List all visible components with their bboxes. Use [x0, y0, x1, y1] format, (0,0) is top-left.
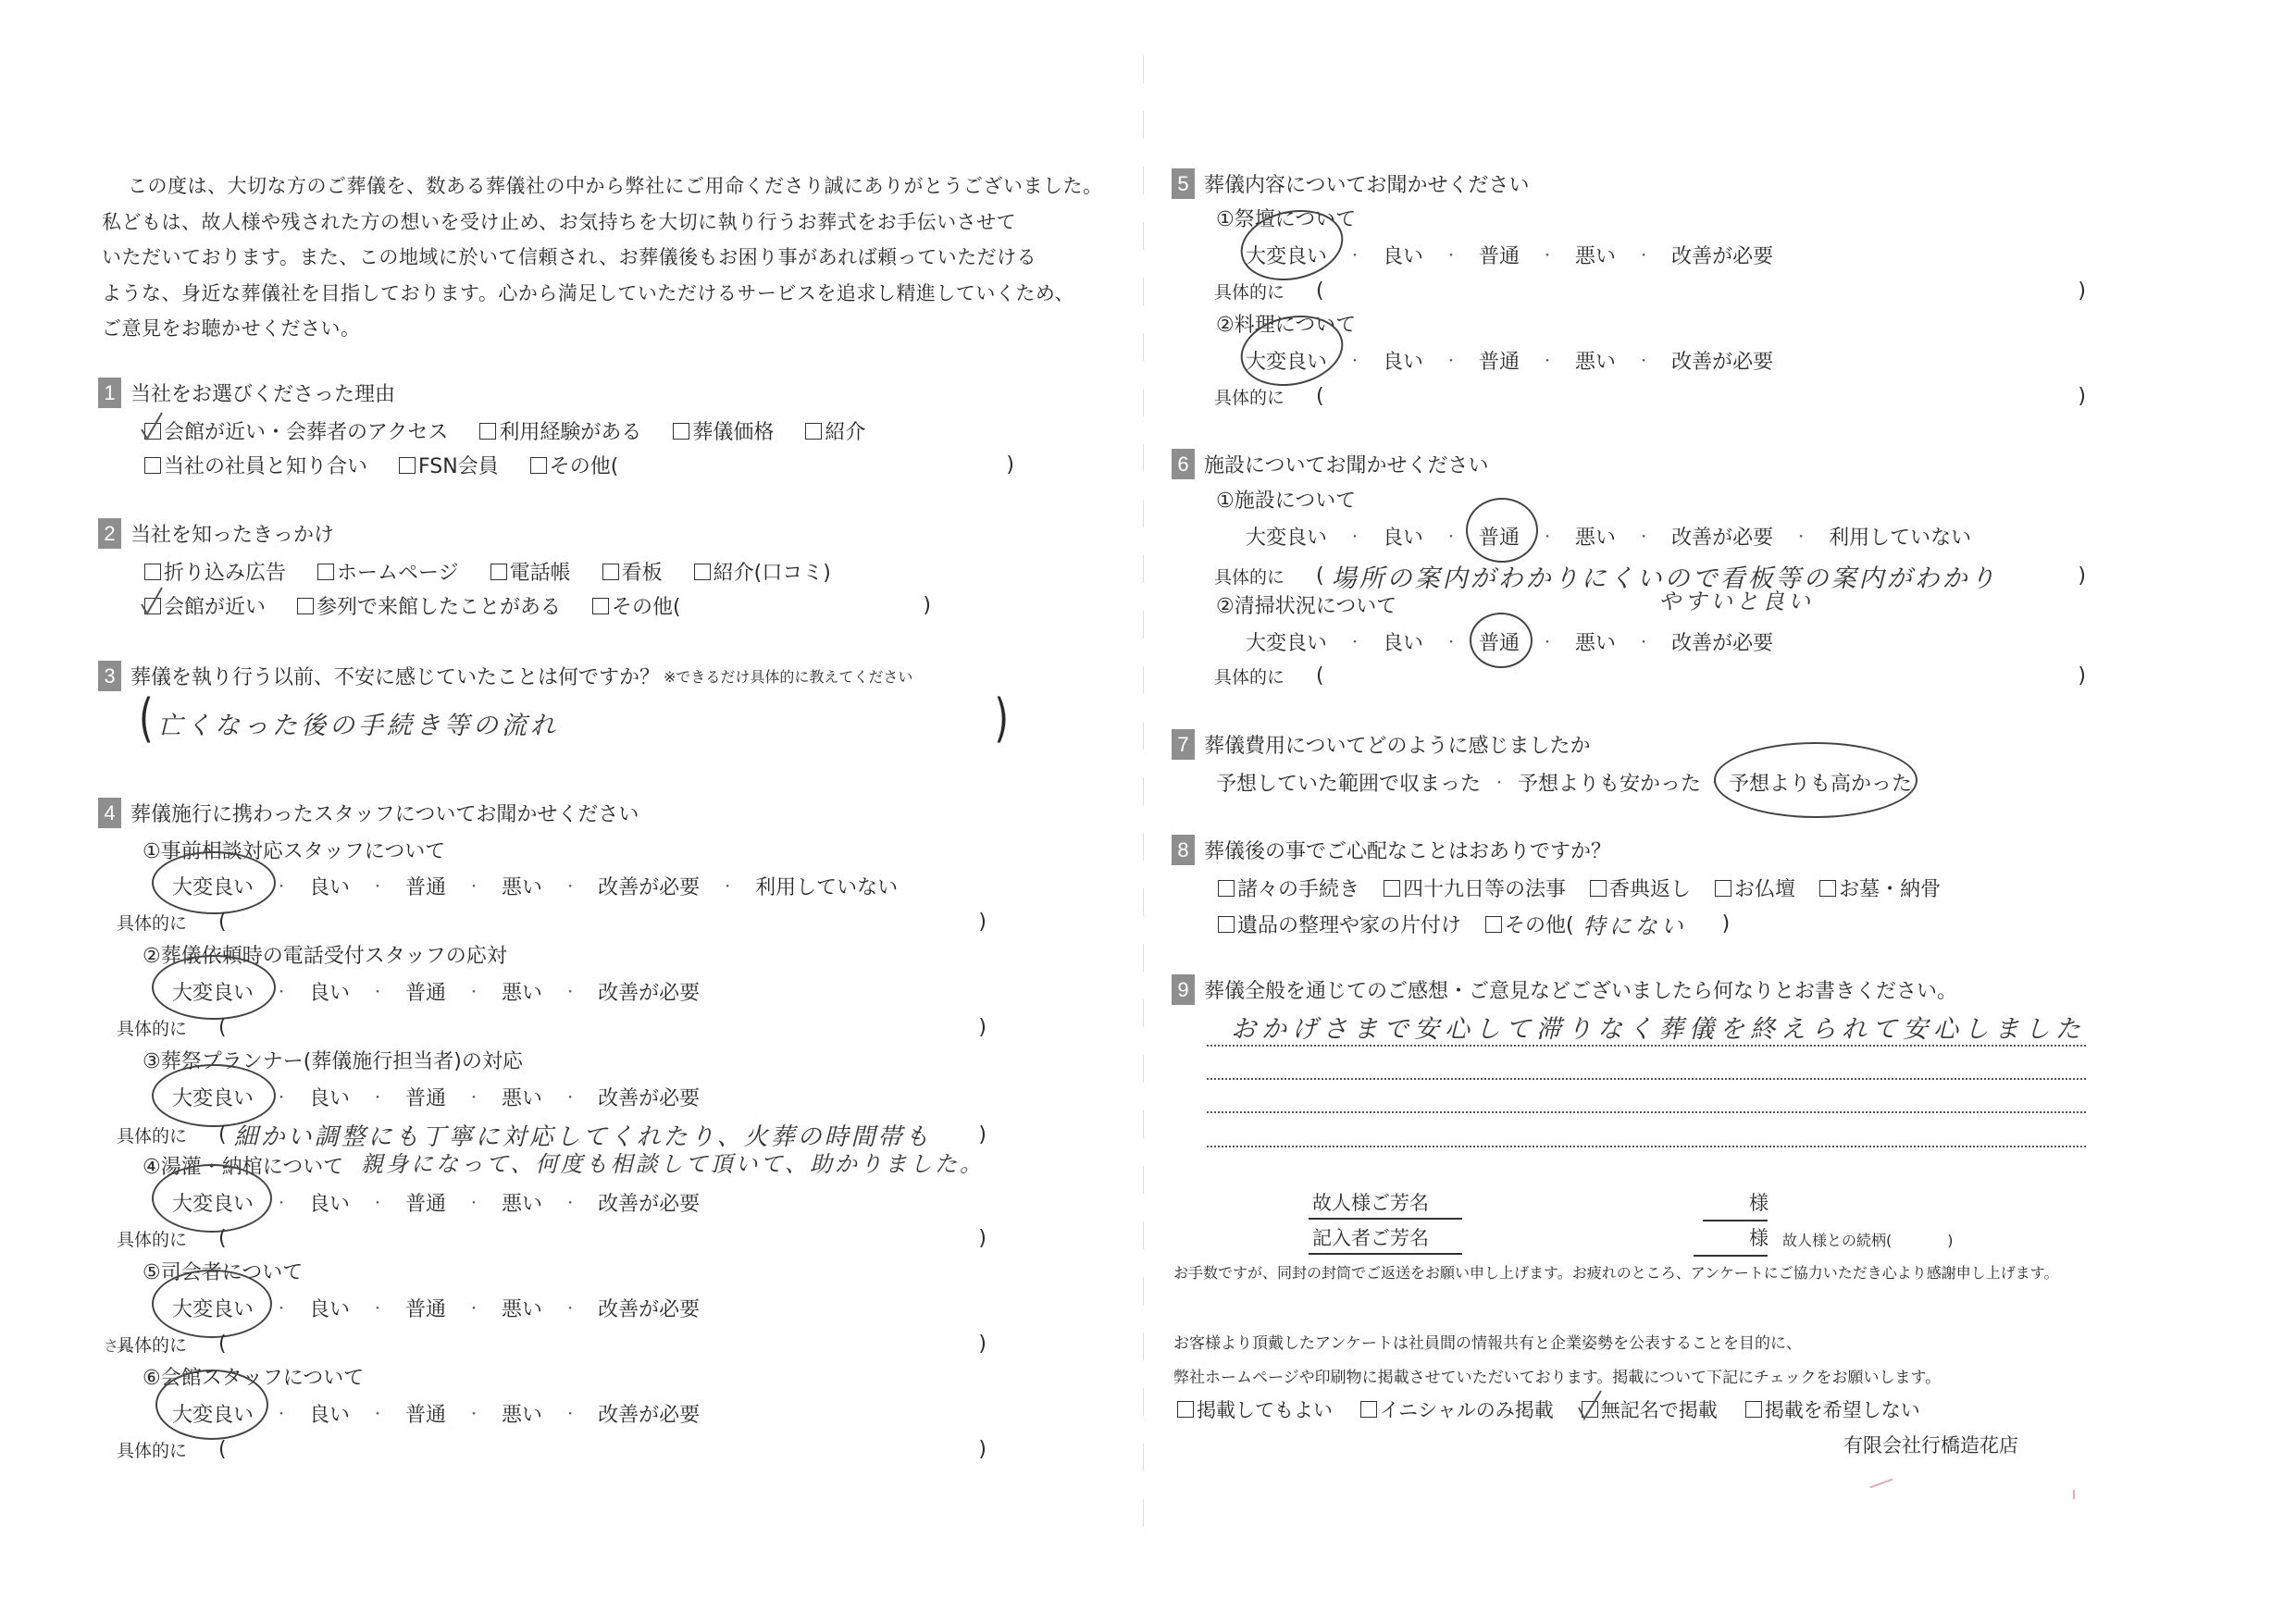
checkbox[interactable]: [1360, 1401, 1377, 1418]
rating-option-excellent[interactable]: 大変良い: [172, 1399, 254, 1428]
checkmark-icon: [140, 586, 166, 617]
q4-item-3-rating: 大変良い ・ 良い ・ 普通 ・ 悪い ・ 改善が必要: [172, 1083, 700, 1111]
q2-option-flyer[interactable]: 折り込み広告: [144, 557, 286, 586]
right-page: 5 葬儀内容についてお聞かせください ①祭壇について 大変良い ・ 良い ・ 普…: [1148, 0, 2296, 1624]
rating-option-excellent[interactable]: 大変良い: [172, 872, 254, 900]
rating-option-needs-improvement[interactable]: 改善が必要: [598, 977, 700, 1006]
q1-heading: 1 当社をお選びくださった理由: [98, 378, 395, 408]
q4-item-5-label: ⑤司会者について: [143, 1257, 303, 1285]
q8-option-other[interactable]: その他(: [1485, 910, 1574, 938]
rating-option-needs-improvement[interactable]: 改善が必要: [598, 1188, 700, 1217]
publish-option-ok[interactable]: 掲載してもよい: [1177, 1395, 1333, 1423]
rating-option-average[interactable]: 普通: [405, 977, 446, 1006]
rating-option-good[interactable]: 良い: [309, 977, 350, 1006]
q8-options-row1: 諸々の手続き 四十九日等の法事 香典返し お仏壇 お墓・納骨: [1218, 874, 1972, 902]
close-paren: ): [923, 594, 931, 617]
checkbox[interactable]: [602, 564, 619, 580]
q5-item-1-rating: 大変良い ・ 良い ・ 普通 ・ 悪い ・ 改善が必要: [1246, 241, 1773, 269]
q1-option-experience[interactable]: 利用経験がある: [479, 416, 641, 445]
rating-option-poor[interactable]: 悪い: [502, 1399, 542, 1428]
q5-item-1-detail[interactable]: 具体的に(): [1214, 279, 2086, 304]
q5-title: 葬儀内容についてお聞かせください: [1204, 169, 1530, 198]
rating-option-poor[interactable]: 悪い: [1575, 522, 1616, 551]
q4-item-1-label: ①事前相談対応スタッフについて: [143, 836, 445, 864]
q6-item-1-label: ①施設について: [1216, 485, 1356, 514]
checkbox[interactable]: [1177, 1401, 1194, 1418]
q3-answer: 亡くなった後の手続き等の流れ: [157, 705, 559, 741]
writer-name-label: 記入者ご芳名: [1312, 1223, 1429, 1251]
q4-item-2-rating: 大変良い ・ 良い ・ 普通 ・ 悪い ・ 改善が必要: [172, 977, 700, 1006]
q3-heading: 3 葬儀を執り行う以前、不安に感じていたことは何ですか？ ※できるだけ具体的に教…: [98, 661, 912, 691]
close-paren: ): [1722, 912, 1731, 936]
section-number: 1: [98, 378, 121, 408]
cost-option-more-expensive[interactable]: 予想よりも高かった: [1729, 768, 1912, 797]
rating-option-poor[interactable]: 悪い: [502, 977, 542, 1006]
q9-heading: 9 葬儀全般を通じてのご感想・ご意見などございましたら何なりとお書きください。: [1172, 974, 1957, 1005]
rating-option-average[interactable]: 普通: [405, 1399, 446, 1428]
answer-line: [1207, 1111, 2086, 1113]
checkbox[interactable]: [592, 598, 609, 614]
section-number: 9: [1172, 974, 1195, 1005]
rating-option-good[interactable]: 良い: [1383, 241, 1423, 269]
q6-item-1-rating: 大変良い ・ 良い ・ 普通 ・ 悪い ・ 改善が必要 ・ 利用していない: [1246, 522, 1971, 551]
q8-options-row2: 遺品の整理や家の片付け その他( 特にない ): [1218, 908, 1730, 940]
deceased-name-label: 故人様ご芳名: [1312, 1188, 1429, 1216]
q6-item-2-label: ②清掃状況について: [1216, 590, 1396, 619]
answer-line: [1207, 1078, 2086, 1080]
rating-option-excellent[interactable]: 大変良い: [1246, 346, 1327, 375]
checkmark-icon: [1577, 1389, 1603, 1420]
q6-item-2-detail[interactable]: 具体的に(): [1214, 663, 2086, 688]
q1-option-venue-near[interactable]: 会館が近い・会葬者のアクセス: [144, 416, 448, 445]
ink-mark: [1869, 1479, 1893, 1489]
rating-option-poor[interactable]: 悪い: [502, 1083, 542, 1111]
q8-option-procedures[interactable]: 諸々の手続き: [1218, 874, 1359, 902]
ink-mark: [2073, 1490, 2075, 1499]
q2-option-attended-before[interactable]: 参列で来館したことがある: [297, 591, 561, 620]
rating-option-poor[interactable]: 悪い: [1575, 346, 1616, 375]
rating-option-needs-improvement[interactable]: 改善が必要: [598, 1399, 700, 1428]
rating-option-excellent[interactable]: 大変良い: [172, 1294, 254, 1322]
left-page: この度は、大切な方のご葬儀を、数ある葬儀社の中から弊社にご用命くださり誠にありが…: [0, 0, 1111, 1624]
checkbox[interactable]: [1218, 916, 1235, 933]
q4-item-5-rating: 大変良い ・ 良い ・ 普通 ・ 悪い ・ 改善が必要: [172, 1294, 700, 1322]
q8-option-memorial-service[interactable]: 四十九日等の法事: [1384, 874, 1566, 902]
checkbox[interactable]: [479, 423, 496, 440]
q4-item-4-rating: 大変良い ・ 良い ・ 普通 ・ 悪い ・ 改善が必要: [172, 1188, 700, 1217]
q8-option-altar[interactable]: お仏壇: [1715, 874, 1795, 902]
checkbox[interactable]: [317, 564, 334, 580]
q6-item-1-detail[interactable]: 具体的に( 場所の案内がわかりにくいので看板等の案内がわかり ): [1214, 558, 2086, 594]
q3-title: 葬儀を執り行う以前、不安に感じていたことは何ですか？: [130, 662, 660, 690]
rating-option-good[interactable]: 良い: [1383, 627, 1423, 656]
checkbox[interactable]: [673, 423, 689, 440]
q1-option-acquaintance[interactable]: 当社の社員と知り合い: [144, 451, 367, 479]
q8-option-belongings[interactable]: 遺品の整理や家の片付け: [1218, 910, 1461, 938]
checkbox[interactable]: [144, 457, 161, 474]
checkbox[interactable]: [1485, 916, 1502, 933]
deceased-name-field[interactable]: [1462, 1184, 1768, 1216]
q5-item-2-rating: 大変良い ・ 良い ・ 普通 ・ 悪い ・ 改善が必要: [1246, 346, 1773, 375]
section-number: 7: [1172, 729, 1195, 760]
q4-item-4-label: ④湯灌・納棺について: [143, 1151, 343, 1180]
rating-option-average[interactable]: 普通: [405, 1083, 446, 1111]
q4-item-2-detail[interactable]: 具体的に(): [117, 1015, 987, 1040]
q8-option-grave[interactable]: お墓・納骨: [1819, 874, 1941, 902]
publish-option-decline[interactable]: 掲載を希望しない: [1745, 1395, 1920, 1423]
q4-item-5-detail[interactable]: 具体的に(): [117, 1332, 987, 1357]
q4-item-3-comment-line2: 親身になって、何度も相談して頂いて、助かりました。: [361, 1146, 985, 1178]
return-note: お手数ですが、同封の封筒でご返送をお願い申し上げます。お疲れのところ、アンケート…: [1173, 1261, 2058, 1283]
q3-answer-box[interactable]: ( 亡くなった後の手続き等の流れ ): [139, 696, 1009, 753]
q2-option-phonebook[interactable]: 電話帳: [490, 557, 571, 586]
rating-option-excellent[interactable]: 大変良い: [1246, 522, 1327, 551]
rating-option-average[interactable]: 普通: [1479, 522, 1520, 551]
checkbox[interactable]: [1582, 1401, 1598, 1418]
checkbox[interactable]: [530, 457, 547, 474]
checkbox[interactable]: [144, 564, 161, 580]
q4-item-2-label: ②葬儀依頼時の電話受付スタッフの応対: [143, 940, 507, 969]
rating-option-poor[interactable]: 悪い: [502, 872, 542, 900]
checkbox[interactable]: [1745, 1401, 1762, 1418]
rating-option-excellent[interactable]: 大変良い: [172, 1188, 254, 1217]
q4-item-6-rating: 大変良い ・ 良い ・ 普通 ・ 悪い ・ 改善が必要: [172, 1399, 700, 1428]
publish-option-anonymous[interactable]: 無記名で掲載: [1582, 1395, 1718, 1423]
q4-item-4-detail[interactable]: 具体的に(): [117, 1226, 987, 1251]
rating-option-good[interactable]: 良い: [1383, 522, 1423, 551]
checkbox[interactable]: [144, 598, 161, 614]
rating-option-needs-improvement[interactable]: 改善が必要: [598, 872, 700, 900]
rating-option-needs-improvement[interactable]: 改善が必要: [598, 1083, 700, 1111]
rating-option-not-used[interactable]: 利用していない: [755, 872, 898, 900]
q2-option-word-of-mouth[interactable]: 紹介(口コミ): [694, 557, 831, 586]
rating-option-excellent[interactable]: 大変良い: [1246, 241, 1327, 269]
rating-option-poor[interactable]: 悪い: [502, 1188, 542, 1217]
q8-option-return-gifts[interactable]: 香典返し: [1590, 874, 1691, 902]
close-bracket: ): [994, 689, 1009, 749]
publish-text-1: お客様より頂戴したアンケートは社員間の情報共有と企業姿勢を公表することを目的に、: [1173, 1330, 1802, 1353]
rating-option-excellent[interactable]: 大変良い: [172, 977, 254, 1006]
q2-option-signboard[interactable]: 看板: [602, 557, 663, 586]
checkbox[interactable]: [805, 423, 822, 440]
checkbox[interactable]: [1715, 880, 1731, 897]
honorific: 様: [1749, 1188, 1769, 1216]
cost-option-within-range[interactable]: 予想していた範囲で収まった: [1216, 768, 1481, 797]
cost-option-cheaper[interactable]: 予想よりも安かった: [1518, 768, 1701, 797]
q4-item-1-detail[interactable]: 具体的に(): [117, 910, 987, 935]
relation-field[interactable]: 故人様との続柄(): [1782, 1229, 1954, 1250]
checkbox[interactable]: [1590, 880, 1607, 897]
q5-item-1-label: ①祭壇について: [1216, 204, 1356, 232]
rating-option-not-used[interactable]: 利用していない: [1829, 522, 1971, 551]
q1-option-fsn-member[interactable]: FSN会員: [399, 451, 499, 479]
section-number: 2: [98, 518, 121, 549]
q9-answer[interactable]: おかげさまで安心して滞りなく葬儀を終えられて安心しました: [1231, 1009, 2086, 1045]
q1-option-price[interactable]: 葬儀価格: [673, 416, 774, 445]
q8-heading: 8 葬儀後の事でご心配なことはおありですか？: [1172, 835, 1611, 865]
rating-option-needs-improvement[interactable]: 改善が必要: [1671, 346, 1773, 375]
q8-other-answer: 特にない: [1583, 908, 1722, 940]
close-paren: ): [1006, 453, 1014, 477]
rating-option-average[interactable]: 普通: [405, 1188, 446, 1217]
rating-option-needs-improvement[interactable]: 改善が必要: [1671, 522, 1773, 551]
q5-item-2-label: ②料理について: [1216, 309, 1356, 338]
q2-option-other[interactable]: その他(: [592, 591, 681, 620]
q2-options-row1: 折り込み広告 ホームページ 電話帳 看板 紹介(口コミ): [144, 557, 863, 586]
checkbox[interactable]: [1819, 880, 1836, 897]
publish-text-2: 弊社ホームページや印刷物に掲載させていただいております。掲載について下記にチェッ…: [1173, 1364, 1941, 1387]
q7-heading: 7 葬儀費用についてどのように感じましたか: [1172, 729, 1591, 760]
q6-title: 施設についてお聞かせください: [1204, 450, 1489, 478]
q2-option-homepage[interactable]: ホームページ: [317, 557, 459, 586]
company-name: 有限会社行橋造花店: [1843, 1431, 2018, 1458]
q1-options-row1: 会館が近い・会葬者のアクセス 利用経験がある 葬儀価格 紹介: [144, 416, 897, 445]
checkmark-icon: [140, 411, 166, 442]
q8-title: 葬儀後の事でご心配なことはおありですか？: [1204, 836, 1611, 864]
answer-line: [1207, 1146, 2086, 1147]
rating-option-average[interactable]: 普通: [405, 872, 446, 900]
section-number: 4: [98, 798, 121, 828]
q4-item-6-detail[interactable]: 具体的に(): [117, 1437, 987, 1462]
q4-item-3-label: ③葬祭プランナー(葬儀施行担当者)の対応: [143, 1046, 523, 1074]
rating-option-good[interactable]: 良い: [1383, 346, 1423, 375]
rating-option-poor[interactable]: 悪い: [1575, 627, 1616, 656]
checkbox[interactable]: [1218, 880, 1235, 897]
q4-item-1-rating: 大変良い ・ 良い ・ 普通 ・ 悪い ・ 改善が必要 ・ 利用していない: [172, 872, 898, 900]
checkbox[interactable]: [399, 457, 416, 474]
q1-option-referral[interactable]: 紹介: [805, 416, 865, 445]
rating-option-average[interactable]: 普通: [1479, 241, 1520, 269]
rating-option-needs-improvement[interactable]: 改善が必要: [598, 1294, 700, 1322]
answer-line: [1207, 1045, 2086, 1047]
rating-option-good[interactable]: 良い: [309, 872, 350, 900]
rating-option-good[interactable]: 良い: [309, 1399, 350, 1428]
rating-option-needs-improvement[interactable]: 改善が必要: [1671, 627, 1773, 656]
q3-note: ※できるだけ具体的に教えてください: [664, 665, 912, 687]
rating-option-average[interactable]: 普通: [405, 1294, 446, 1322]
open-bracket: (: [139, 689, 154, 749]
checkbox[interactable]: [144, 423, 161, 440]
rating-option-excellent[interactable]: 大変良い: [1246, 627, 1327, 656]
q4-item-6-label: ⑥会館スタッフについて: [143, 1362, 364, 1391]
q6-heading: 6 施設についてお聞かせください: [1172, 449, 1489, 479]
rating-option-poor[interactable]: 悪い: [1575, 241, 1616, 269]
section-number: 8: [1172, 835, 1195, 865]
section-number: 3: [98, 661, 121, 691]
rating-option-excellent[interactable]: 大変良い: [172, 1083, 254, 1111]
q5-item-2-detail[interactable]: 具体的に(): [1214, 384, 2086, 409]
rating-option-average[interactable]: 普通: [1479, 346, 1520, 375]
q4-title: 葬儀施行に携わったスタッフについてお聞かせください: [130, 799, 639, 827]
checkbox[interactable]: [490, 564, 507, 580]
page-fold: [1143, 56, 1144, 1536]
publish-option-initials[interactable]: イニシャルのみ掲載: [1360, 1395, 1554, 1423]
rating-option-good[interactable]: 良い: [309, 1294, 350, 1322]
q1-option-other[interactable]: その他(: [530, 451, 619, 479]
rating-option-poor[interactable]: 悪い: [502, 1294, 542, 1322]
q4-heading: 4 葬儀施行に携わったスタッフについてお聞かせください: [98, 798, 639, 828]
q2-heading: 2 当社を知ったきっかけ: [98, 518, 334, 549]
section-number: 6: [1172, 449, 1195, 479]
q1-title: 当社をお選びくださった理由: [130, 378, 395, 407]
checkbox[interactable]: [297, 598, 314, 614]
q9-title: 葬儀全般を通じてのご感想・ご意見などございましたら何なりとお書きください。: [1204, 975, 1957, 1004]
checkbox[interactable]: [1384, 880, 1400, 897]
q7-title: 葬儀費用についてどのように感じましたか: [1204, 730, 1591, 759]
q5-heading: 5 葬儀内容についてお聞かせください: [1172, 168, 1530, 199]
section-number: 5: [1172, 168, 1195, 199]
publish-options: 掲載してもよい イニシャルのみ掲載 無記名で掲載 掲載を希望しない: [1177, 1395, 1952, 1423]
q6-item-1-comment-line2: やすいと良い: [1658, 583, 1814, 615]
rating-option-needs-improvement[interactable]: 改善が必要: [1671, 241, 1773, 269]
intro-text: この度は、大切な方のご葬儀を、数ある葬儀社の中から弊社にご用命くださり誠にありが…: [102, 168, 1103, 347]
q1-options-row2: 当社の社員と知り合い FSN会員 その他( ): [144, 451, 1014, 479]
rating-option-good[interactable]: 良い: [309, 1188, 350, 1217]
rating-option-average[interactable]: 普通: [1479, 627, 1520, 656]
q7-options: 予想していた範囲で収まった ・ 予想よりも安かった ・ 予想よりも高かった: [1216, 768, 1912, 797]
q2-options-row2: 会館が近い 参列で来館したことがある その他( ): [144, 591, 931, 620]
rating-option-good[interactable]: 良い: [309, 1083, 350, 1111]
checkbox[interactable]: [694, 564, 711, 580]
honorific: 様: [1749, 1223, 1769, 1251]
q2-title: 当社を知ったきっかけ: [130, 519, 334, 548]
q6-item-2-rating: 大変良い ・ 良い ・ 普通 ・ 悪い ・ 改善が必要: [1246, 627, 1773, 656]
writer-name-field[interactable]: [1462, 1220, 1768, 1251]
q2-option-venue-near[interactable]: 会館が近い: [144, 591, 266, 620]
